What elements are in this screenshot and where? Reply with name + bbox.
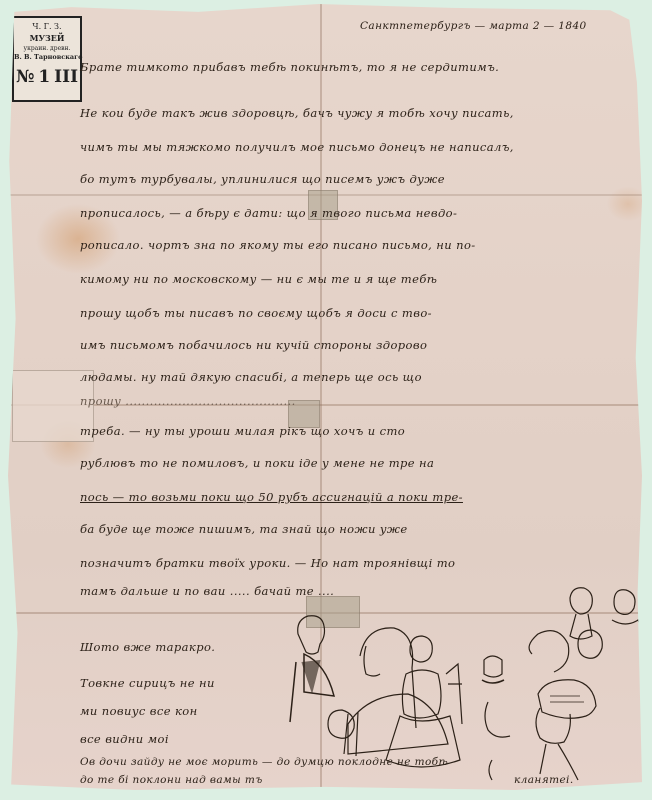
man-profile-portrait-icon bbox=[290, 616, 334, 722]
man-tall-hat-icon bbox=[536, 680, 596, 780]
stamp-line: Ч. Г. З. bbox=[14, 22, 80, 31]
museum-stamp: Ч. Г. З. МУЗЕЙ украин. древн. В. В. Тарн… bbox=[12, 16, 82, 102]
man-woman-heads-icon bbox=[570, 588, 643, 659]
sketches-drawing bbox=[288, 584, 648, 784]
letter-line: кимому ни по московскому — ни є мы те и … bbox=[80, 272, 437, 286]
postscript-line: Товкне сирицъ не ни bbox=[80, 676, 215, 690]
stamp-line: украин. древн. bbox=[14, 45, 80, 52]
postscript-line: ми повиус все кон bbox=[80, 704, 198, 718]
pen-sketches bbox=[288, 584, 648, 784]
stamp-line: МУЗЕЙ bbox=[14, 33, 80, 43]
letter-line-underlined-amount: пось — то возьми поки що 50 рубъ ассигна… bbox=[80, 490, 463, 504]
young-woman-seated-icon bbox=[386, 636, 462, 767]
stamp-number-value: 1 bbox=[38, 67, 50, 87]
postscript-line: все видни моі bbox=[80, 732, 169, 746]
stamp-roman: III bbox=[54, 67, 78, 87]
child-head-icon bbox=[328, 710, 354, 738]
letter-line: бо тутъ турбувалы, уплинилися що писемъ … bbox=[80, 172, 445, 186]
postscript-line: Шото вже таракро. bbox=[80, 640, 215, 654]
profile-heads-icon bbox=[485, 631, 569, 780]
letter-date: Санктпетербургъ — марта 2 — 1840 bbox=[360, 20, 587, 32]
letter-line-faded: прошу ..................................… bbox=[80, 394, 296, 408]
letter-line: людамы. ну тай дякую спасибі, а теперь щ… bbox=[80, 370, 422, 384]
letter-line: прошу щобъ ты писавъ по своєму щобъ я до… bbox=[80, 306, 432, 320]
letter-line: рублювъ то не помиловъ, и поки іде у мен… bbox=[80, 456, 434, 470]
postscript-line: до те бі поклони над вамы тъ bbox=[80, 774, 263, 786]
stamp-number: № 1 III bbox=[14, 67, 80, 87]
letter-line: ба буде ще тоже пишимъ, та знай що ножи … bbox=[80, 522, 408, 536]
letter-line: чимъ ты мы тяжкомо получилъ мое письмо д… bbox=[80, 140, 514, 154]
stamp-line: В. В. Тарновскаго bbox=[14, 53, 80, 61]
letter-line: Не кои буде такъ жив здоровцѣ, бачъ чужу… bbox=[80, 106, 514, 120]
letter-paper: Ч. Г. З. МУЗЕЙ украин. древн. В. В. Тарн… bbox=[8, 4, 642, 790]
letter-line: прописалось, — а бѣру є дати: що я твого… bbox=[80, 206, 457, 220]
letter-line: имъ письмомъ побачилось ни кучій стороны… bbox=[80, 338, 427, 352]
letter-line: позначитъ братки твоїх уроки. — Но нат т… bbox=[80, 556, 455, 570]
letter-line: рописало. чортъ зна по якому ты его писа… bbox=[80, 238, 476, 252]
stamp-number-label: № bbox=[16, 67, 34, 87]
letter-line: Брате тимкото прибавъ тебѣ покинѣтъ, то … bbox=[80, 60, 499, 74]
letter-line: треба. — ну ты уроши милая рікъ що хочъ … bbox=[80, 424, 405, 438]
moustached-man-icon bbox=[482, 656, 504, 683]
